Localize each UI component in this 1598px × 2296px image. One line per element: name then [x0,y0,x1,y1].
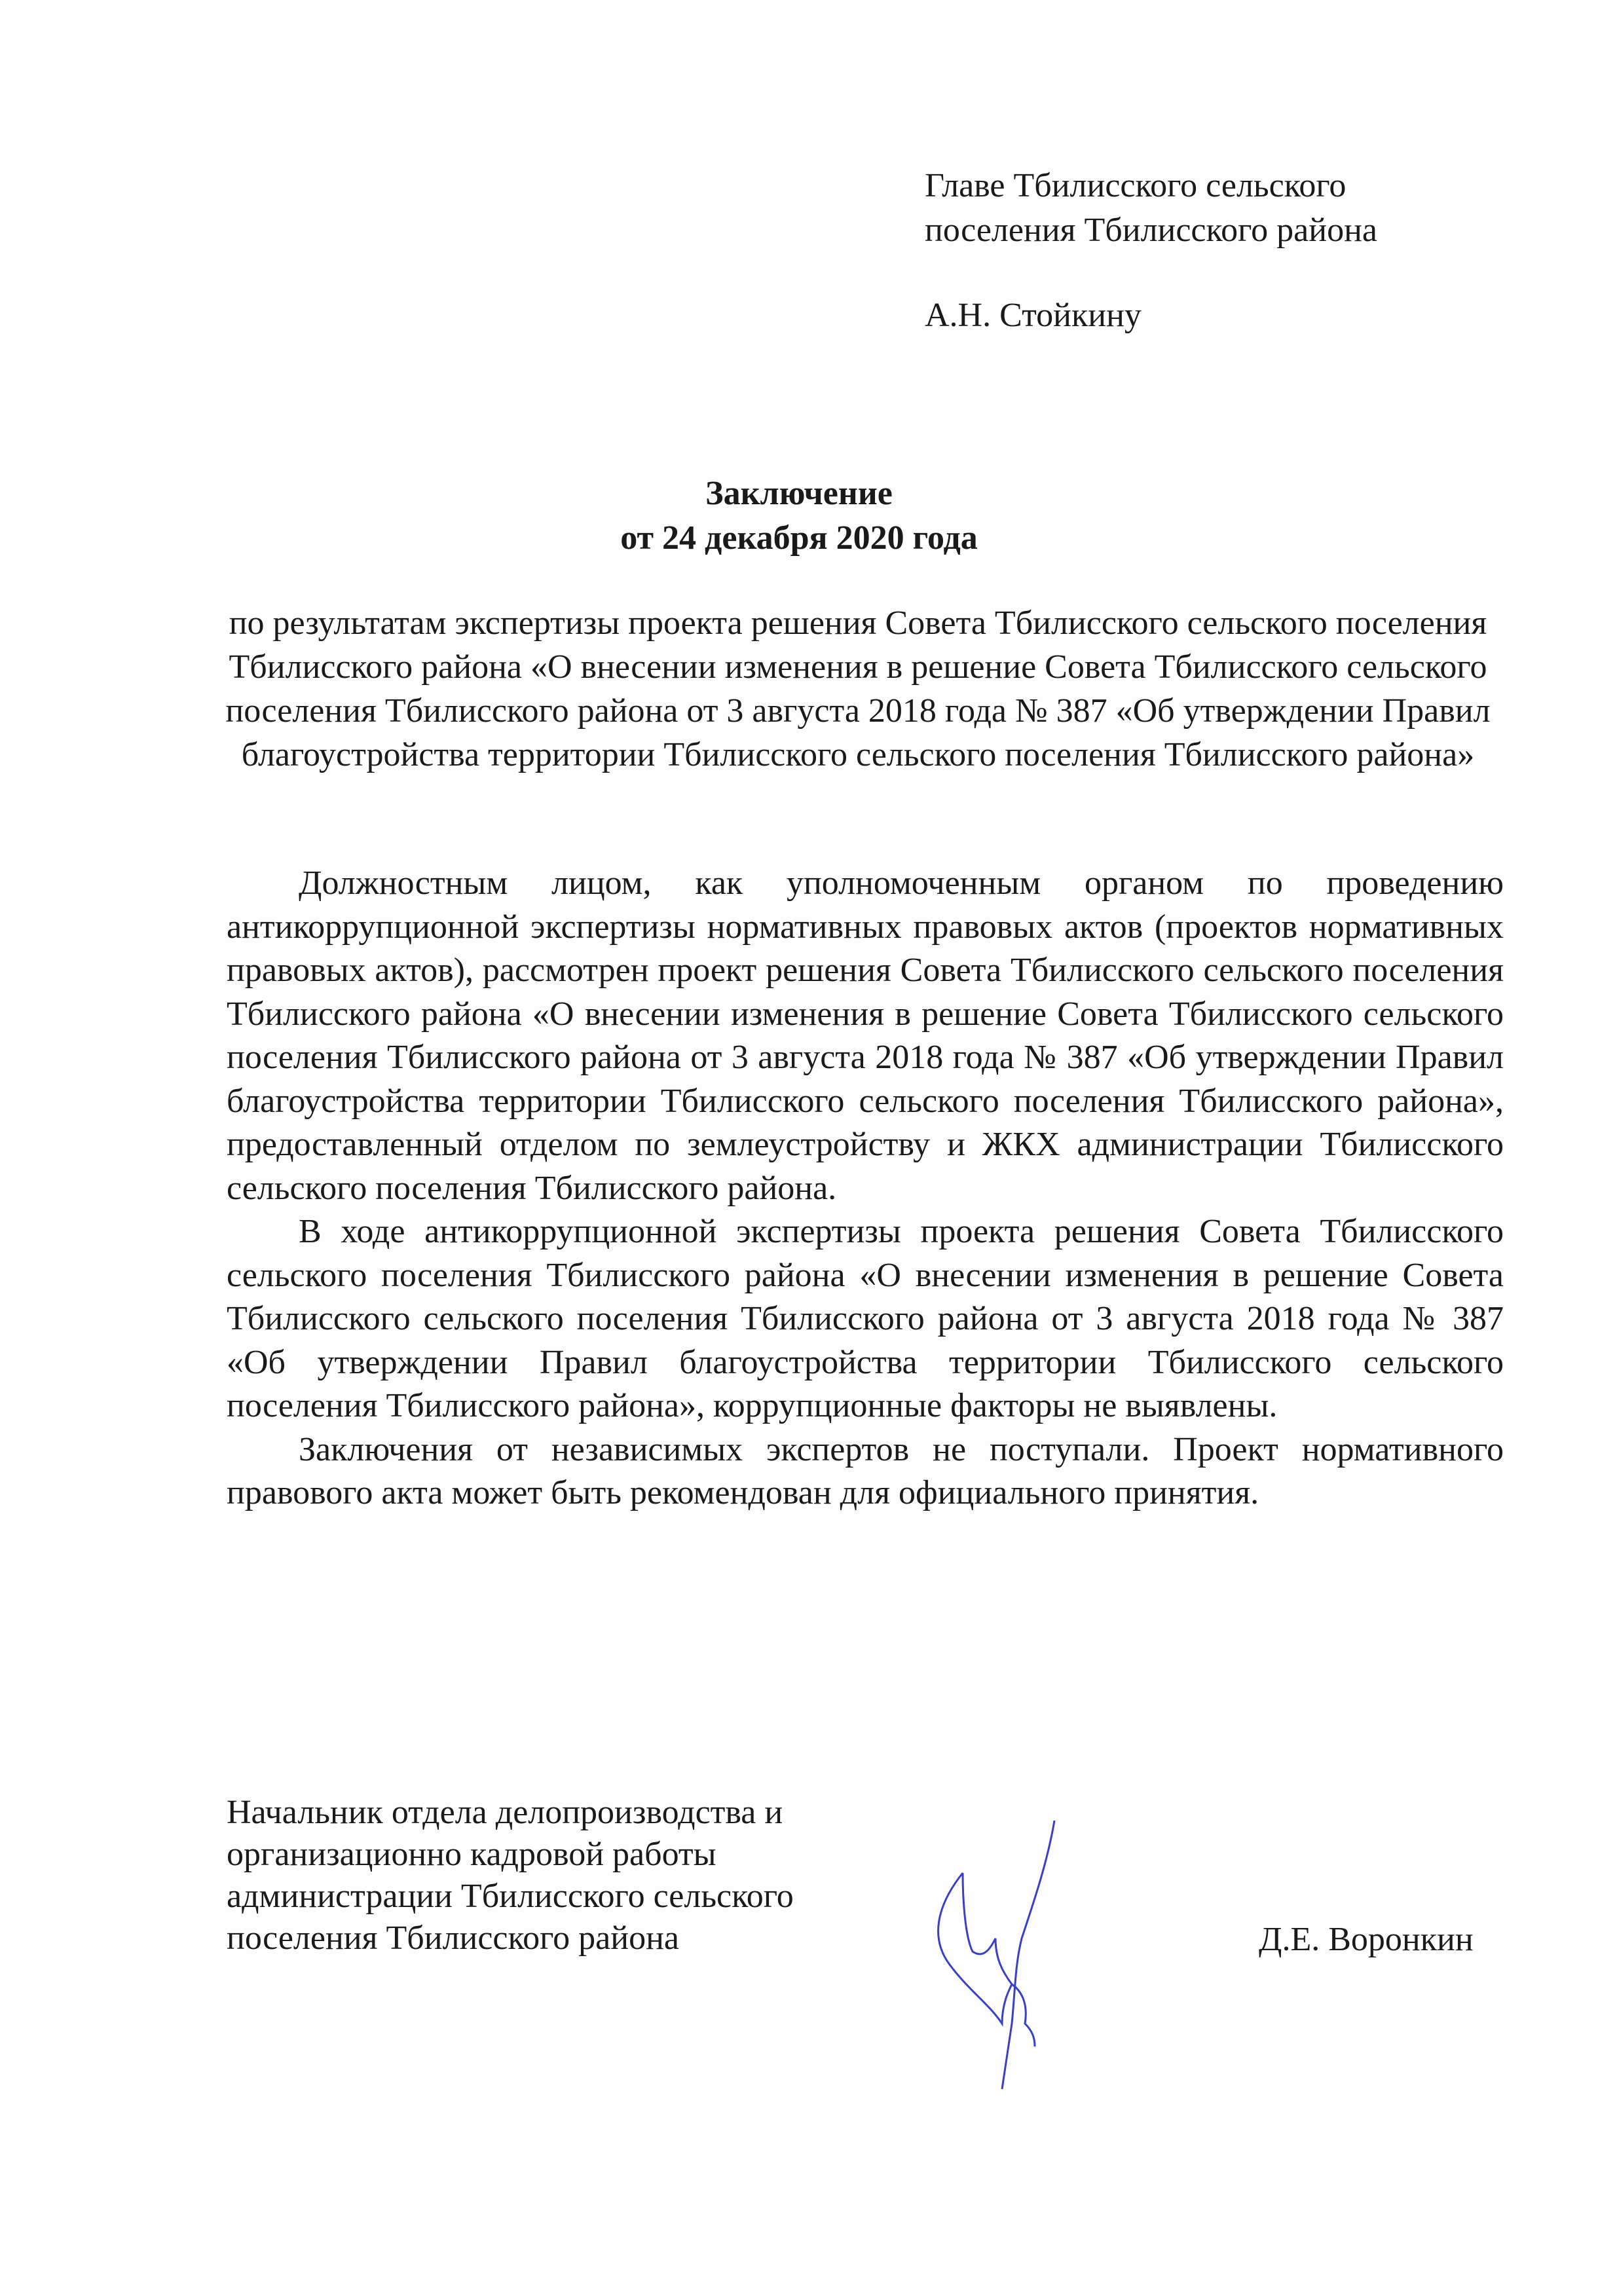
document-title: Заключение [0,472,1598,516]
document-page: Главе Тбилисского сельского поселения Тб… [0,0,1598,2296]
document-body: Должностным лицом, как уполномоченным ор… [227,862,1504,1515]
position-line: Начальник отдела делопроизводства и [227,1792,794,1834]
addressee-line-1: Главе Тбилисского сельского [925,164,1377,208]
handwritten-signature-icon [923,1807,1133,2096]
body-paragraph: В ходе антикоррупционной экспертизы прое… [227,1210,1504,1428]
position-line: организационно кадровой работы [227,1834,794,1876]
body-paragraph: Должностным лицом, как уполномоченным ор… [227,862,1504,1210]
body-paragraph: Заключения от независимых экспертов не п… [227,1428,1504,1515]
document-subject: по результатам экспертизы проекта решени… [216,601,1500,777]
document-date: от 24 декабря 2020 года [0,516,1598,561]
signatory-name: Д.Е. Воронкин [1259,1919,1474,1961]
position-line: администрации Тбилисского сельского [227,1876,794,1917]
addressee-block: Главе Тбилисского сельского поселения Тб… [925,164,1377,338]
position-line: поселения Тбилисского района [227,1917,794,1959]
addressee-line-2: поселения Тбилисского района [925,208,1377,253]
addressee-name: А.Н. Стойкину [925,293,1377,338]
document-title-block: Заключение от 24 декабря 2020 года [0,472,1598,561]
signatory-position: Начальник отдела делопроизводства и орга… [227,1792,794,1959]
